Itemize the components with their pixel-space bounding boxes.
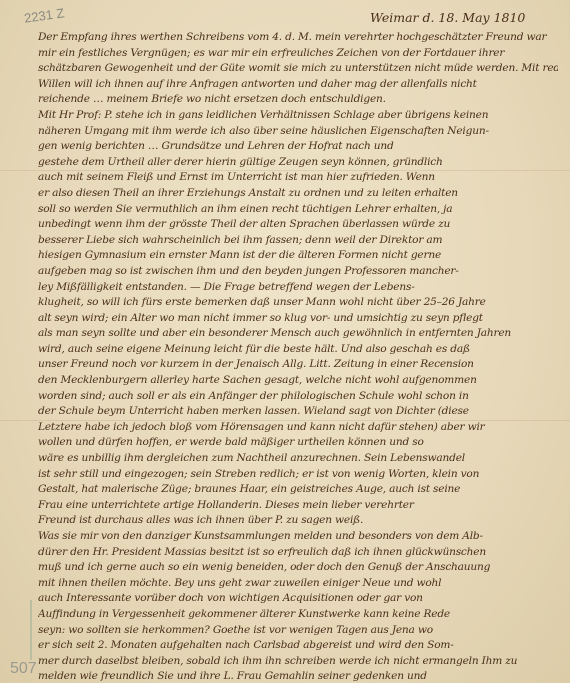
text-line: aufgeben mag so ist zwischen ihm und den… (38, 264, 558, 280)
letter-page: 2231 Z Weimar d. 18. May 1810 507 Der Em… (0, 0, 570, 683)
text-line: er also diesen Theil an ihrer Erziehungs… (38, 186, 558, 202)
margin-number: 507 (10, 660, 37, 678)
text-line: Auffindung in Vergessenheit gekommener ä… (38, 607, 558, 623)
text-line: schätzbaren Gewogenheit und der Güte wom… (38, 61, 558, 77)
text-line: Frau eine unterrichtete artige Hollander… (38, 498, 558, 514)
text-line: reichende … meinem Briefe wo nicht erset… (38, 92, 558, 108)
text-line: mer durch daselbst bleiben, sobald ich i… (38, 654, 558, 670)
text-line: hiesigen Gymnasium ein ernster Mann ist … (38, 248, 558, 264)
text-line: muß und ich gerne auch so ein wenig bene… (38, 560, 558, 576)
pencil-mark (30, 600, 32, 660)
text-line: Mit Hr Prof: P. stehe ich in gans leidli… (38, 108, 558, 124)
text-line: als man seyn sollte und aber ein besonde… (38, 326, 558, 342)
text-line: melden wie freundlich Sie und ihre L. Fr… (38, 669, 558, 683)
dateline: Weimar d. 18. May 1810 (370, 10, 525, 25)
archive-number: 2231 Z (23, 5, 65, 25)
text-line: ley Mißfälligkeit entstanden. — Die Frag… (38, 280, 558, 296)
text-line: näheren Umgang mit ihm werde ich also üb… (38, 124, 558, 140)
text-line: gestehe dem Urtheil aller derer hierin g… (38, 155, 558, 171)
text-line: klugheit, so will ich fürs erste bemerke… (38, 295, 558, 311)
text-line: alt seyn wird; ein Alter wo man nicht im… (38, 311, 558, 327)
text-line: auch Interessante vorüber doch von wicht… (38, 591, 558, 607)
text-line: besserer Liebe sich wahrscheinlich bei i… (38, 233, 558, 249)
text-line: wäre es unbillig ihm dergleichen zum Nac… (38, 451, 558, 467)
text-line: Willen will ich ihnen auf ihre Anfragen … (38, 77, 558, 93)
text-line: ist sehr still und eingezogen; sein Stre… (38, 467, 558, 483)
text-line: auch mit seinem Fleiß und Ernst im Unter… (38, 170, 558, 186)
text-line: Letztere habe ich jedoch bloß vom Hörens… (38, 420, 558, 436)
text-line: der Schule beym Unterricht haben merken … (38, 404, 558, 420)
text-line: mir ein festliches Vergnügen; es war mir… (38, 46, 558, 62)
text-line: worden sind; auch soll er als ein Anfäng… (38, 389, 558, 405)
text-line: mit ihnen theilen möchte. Bey uns geht z… (38, 576, 558, 592)
letter-body: Der Empfang ihres werthen Schreibens vom… (38, 30, 558, 683)
text-line: unser Freund noch vor kurzem in der Jena… (38, 357, 558, 373)
text-line: dürer den Hr. President Massias besitzt … (38, 545, 558, 561)
text-line: er sich seit 2. Monaten aufgehalten nach… (38, 638, 558, 654)
text-line: Gestalt, hat malerische Züge; braunes Ha… (38, 482, 558, 498)
text-line: soll so werden Sie vermuthlich an ihm ei… (38, 202, 558, 218)
text-line: wollen und dürfen hoffen, er werde bald … (38, 435, 558, 451)
text-line: wird, auch seine eigene Meinung leicht f… (38, 342, 558, 358)
text-line: gen wenig berichten … Grundsätze und Leh… (38, 139, 558, 155)
text-line: Freund ist durchaus alles was ich ihnen … (38, 513, 558, 529)
text-line: Der Empfang ihres werthen Schreibens vom… (38, 30, 558, 46)
text-line: Was sie mir von den danziger Kunstsammlu… (38, 529, 558, 545)
text-line: den Mecklenburgern allerley harte Sachen… (38, 373, 558, 389)
text-line: seyn: wo sollten sie herkommen? Goethe i… (38, 623, 558, 639)
text-line: unbedingt wenn ihm der grösste Theil der… (38, 217, 558, 233)
